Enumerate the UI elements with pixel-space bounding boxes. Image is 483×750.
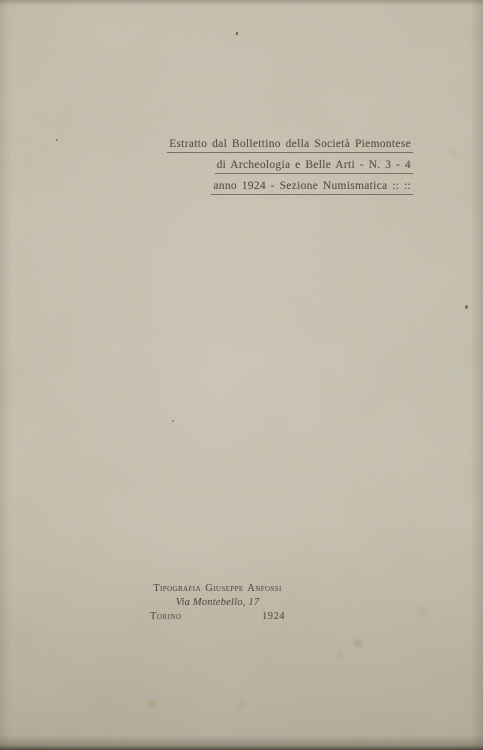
extract-note-line2-text: di Archeologia e Belle Arti - N. 3 - 4 (215, 159, 413, 174)
ink-speck (465, 305, 468, 309)
extract-note-line: Estratto dal Bollettino della Società Pi… (167, 134, 413, 153)
foxing-spot (352, 637, 365, 649)
ink-speck (236, 32, 238, 35)
page-edge-shadow (0, 0, 483, 750)
print-year: 1924 (262, 611, 285, 622)
ink-speck (172, 420, 174, 422)
foxing-spot (448, 148, 459, 158)
extract-note: Estratto dal Bollettino della Società Pi… (167, 134, 413, 197)
foxing-spot (236, 700, 246, 709)
extract-note-line: anno 1924 - Sezione Numismatica :: :: (167, 176, 413, 195)
foxing-spot (336, 652, 345, 660)
printer-name: Tipografia Giuseppe Anfossi (150, 583, 285, 594)
ink-speck (56, 139, 58, 141)
extract-note-line3-text: anno 1924 - Sezione Numismatica :: :: (211, 180, 413, 195)
extract-note-line: di Archeologia e Belle Arti - N. 3 - 4 (167, 155, 413, 174)
paper-texture (0, 0, 483, 750)
printer-address: Via Montebello, 17 (150, 597, 285, 608)
foxing-spot (414, 604, 430, 618)
city-year-row: Torino 1924 (150, 611, 285, 622)
printer-colophon: Tipografia Giuseppe Anfossi Via Montebel… (150, 583, 285, 622)
foxing-spot (146, 698, 158, 709)
scanned-book-page: Estratto dal Bollettino della Società Pi… (0, 0, 483, 750)
printer-city: Torino (150, 611, 182, 622)
extract-note-line1-text: Estratto dal Bollettino della Società Pi… (167, 138, 413, 153)
